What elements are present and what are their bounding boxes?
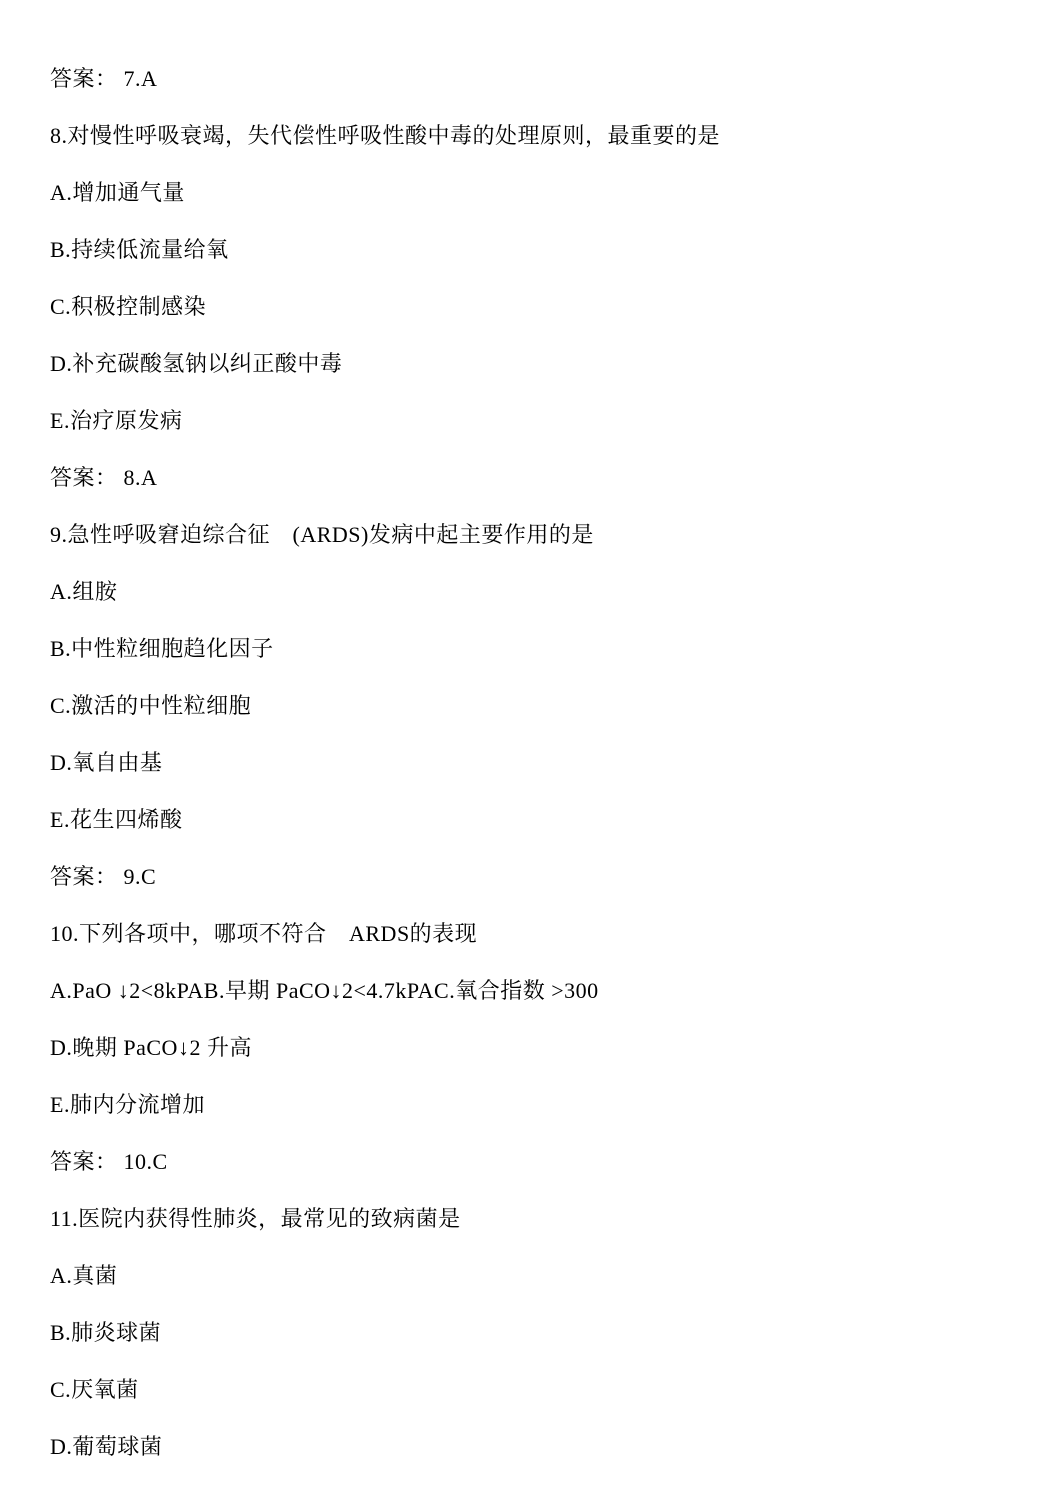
question-10-stem: 10.下列各项中，哪项不符合 ARDS的表现 — [50, 905, 1032, 962]
answer-line-q9: 答案： 9.C — [50, 848, 1032, 905]
question-11-option-d: D.葡萄球菌 — [50, 1418, 1032, 1475]
question-9-option-b: B.中性粒细胞趋化因子 — [50, 620, 1032, 677]
question-11-stem: 11.医院内获得性肺炎，最常见的致病菌是 — [50, 1190, 1032, 1247]
question-8-stem: 8.对慢性呼吸衰竭，失代偿性呼吸性酸中毒的处理原则，最重要的是 — [50, 107, 1032, 164]
answer-line-q10: 答案： 10.C — [50, 1133, 1032, 1190]
question-8-option-c: C.积极控制感染 — [50, 278, 1032, 335]
question-9-option-d: D.氧自由基 — [50, 734, 1032, 791]
question-10-option-abc: A.PaO ↓2<8kPAB.早期 PaCO↓2<4.7kPAC.氧合指数 >3… — [50, 962, 1032, 1019]
answer-line-q8: 答案： 8.A — [50, 449, 1032, 506]
question-9-stem: 9.急性呼吸窘迫综合征 (ARDS)发病中起主要作用的是 — [50, 506, 1032, 563]
question-10-option-d: D.晚期 PaCO↓2 升高 — [50, 1019, 1032, 1076]
question-11-option-c: C.厌氧菌 — [50, 1361, 1032, 1418]
question-8-option-b: B.持续低流量给氧 — [50, 221, 1032, 278]
question-8-option-a: A.增加通气量 — [50, 164, 1032, 221]
question-11-option-a: A.真菌 — [50, 1247, 1032, 1304]
question-8-option-d: D.补充碳酸氢钠以纠正酸中毒 — [50, 335, 1032, 392]
question-9-option-e: E.花生四烯酸 — [50, 791, 1032, 848]
question-11-option-b: B.肺炎球菌 — [50, 1304, 1032, 1361]
document-page: 答案： 7.A 8.对慢性呼吸衰竭，失代偿性呼吸性酸中毒的处理原则，最重要的是 … — [0, 0, 1062, 1503]
question-8-option-e: E.治疗原发病 — [50, 392, 1032, 449]
question-9-option-a: A.组胺 — [50, 563, 1032, 620]
question-9-option-c: C.激活的中性粒细胞 — [50, 677, 1032, 734]
question-10-option-e: E.肺内分流增加 — [50, 1076, 1032, 1133]
answer-line-q7: 答案： 7.A — [50, 50, 1032, 107]
